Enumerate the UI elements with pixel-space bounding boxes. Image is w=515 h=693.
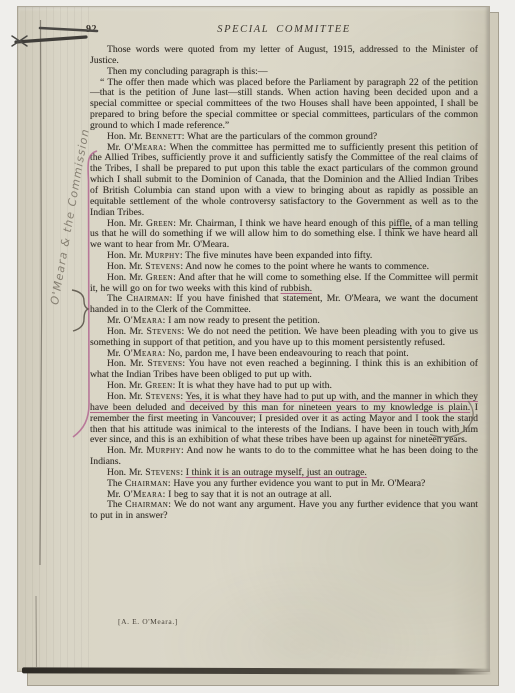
speaker-name: Green bbox=[145, 380, 172, 391]
transcript-paragraph: Hon. Mr. Green: Mr. Chairman, I think we… bbox=[90, 219, 478, 252]
transcript-text-column: Those words were quoted from my letter o… bbox=[90, 45, 478, 522]
transcript-paragraph: Mr. O'Meara: When the committee has perm… bbox=[90, 143, 478, 219]
underlined-text: rubbish. bbox=[281, 283, 312, 294]
text-segment: : I beg to say that it is not an outrage… bbox=[163, 489, 332, 500]
transcript-paragraph: Hon. Mr. Murphy: And now he wants to do … bbox=[90, 446, 478, 468]
text-segment: Hon. Mr. bbox=[107, 391, 145, 402]
text-segment: The bbox=[107, 499, 125, 510]
text-segment: : It is what they have had to put up wit… bbox=[173, 380, 332, 391]
speaker-name: Stevens bbox=[145, 261, 180, 272]
speaker-name: Stevens bbox=[145, 391, 180, 402]
text-segment: Hon. Mr. bbox=[107, 250, 145, 261]
transcript-paragraph: Hon. Mr. Stevens: You have not even reac… bbox=[90, 359, 478, 381]
text-segment: : Mr. Chairman, I think we have heard en… bbox=[173, 218, 388, 229]
speaker-name: Chairman bbox=[125, 478, 168, 489]
text-segment: “ The offer then made which was placed b… bbox=[90, 77, 478, 131]
text-segment: Hon. Mr. bbox=[107, 218, 146, 229]
speaker-name: Stevens bbox=[147, 358, 182, 369]
speaker-name: Bennett bbox=[145, 131, 181, 142]
speaker-name: Stevens bbox=[147, 326, 182, 337]
speaker-name: Chairman bbox=[125, 499, 168, 510]
text-segment: Hon. Mr. bbox=[107, 467, 145, 478]
text-segment: Hon. Mr. bbox=[107, 261, 145, 272]
text-segment: Mr. bbox=[107, 489, 123, 500]
text-segment: The bbox=[107, 293, 126, 304]
text-segment: Hon. Mr. bbox=[107, 272, 146, 283]
text-segment: : I am now ready to present the petition… bbox=[163, 315, 320, 326]
page-header-title: SPECIAL COMMITTEE bbox=[90, 24, 478, 35]
speaker-name: Murphy bbox=[145, 250, 180, 261]
speaker-name: O'Meara bbox=[123, 315, 162, 326]
text-segment: Hon. Mr. bbox=[107, 445, 146, 456]
text-segment: : What are the particulars of the common… bbox=[182, 131, 377, 142]
speaker-name: Green bbox=[146, 218, 173, 229]
text-segment: : When the committee has permitted me to… bbox=[90, 142, 478, 218]
text-segment: Mr. bbox=[107, 142, 124, 153]
text-segment: Mr. bbox=[107, 315, 123, 326]
speaker-name: O'Meara bbox=[123, 348, 162, 359]
transcript-paragraph: The Chairman: We do not want any argumen… bbox=[90, 500, 478, 522]
speaker-name: Green bbox=[146, 272, 173, 283]
block-quote: “ The offer then made which was placed b… bbox=[90, 78, 478, 132]
text-segment: : The five minutes have been expanded in… bbox=[180, 250, 372, 261]
text-segment: Hon. Mr. bbox=[107, 131, 145, 142]
underlined-text: piffle, bbox=[389, 218, 412, 229]
text-segment: Hon. Mr. bbox=[107, 380, 145, 391]
transcript-paragraph: The Chairman: If you have finished that … bbox=[90, 294, 478, 316]
text-segment: Then my concluding paragraph is this:— bbox=[107, 66, 268, 77]
text-segment: : Have you any further evidence you want… bbox=[168, 478, 425, 489]
text-segment: Hon. Mr. bbox=[107, 358, 147, 369]
footer-signature: [A. E. O'Meara.] bbox=[118, 617, 178, 626]
speaker-name: Chairman bbox=[126, 293, 169, 304]
speaker-name: O'Meara bbox=[124, 142, 163, 153]
transcript-paragraph: Hon. Mr. Stevens: We do not need the pet… bbox=[90, 327, 478, 349]
text-segment: : And now he comes to the point where he… bbox=[180, 261, 429, 272]
transcript-paragraph: Hon. Mr. Green: And after that he will c… bbox=[90, 273, 478, 295]
transcript-paragraph: Those words were quoted from my letter o… bbox=[90, 45, 478, 67]
text-segment: : No, pardon me, I have been endeavourin… bbox=[163, 348, 409, 359]
text-segment: The bbox=[107, 478, 125, 489]
text-segment: Hon. Mr. bbox=[107, 326, 147, 337]
text-segment: Mr. bbox=[107, 348, 123, 359]
text-segment: Those words were quoted from my letter o… bbox=[90, 44, 478, 66]
speaker-name: O'Meara bbox=[123, 489, 162, 500]
speaker-name: Stevens bbox=[145, 467, 180, 478]
underlined-text: I think it is an outrage myself, just an… bbox=[186, 467, 367, 478]
speaker-name: Murphy bbox=[146, 445, 181, 456]
transcript-paragraph: Hon. Mr. Stevens: Yes, it is what they h… bbox=[90, 392, 478, 446]
paper-bottom-edge-shadow bbox=[22, 667, 492, 674]
